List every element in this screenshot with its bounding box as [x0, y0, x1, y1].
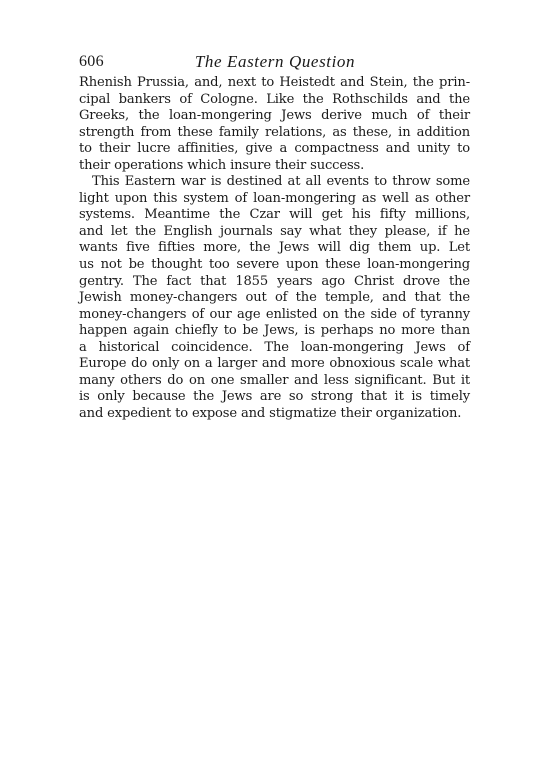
- page-number: 606: [79, 52, 104, 72]
- running-head: 606 The Eastern Question: [79, 52, 470, 72]
- text-line: is only because the Jews are so strong t…: [79, 389, 470, 406]
- text-line: a historical coincidence. The loan-monge…: [79, 340, 470, 357]
- text-line: money-changers of our age enlisted on th…: [79, 307, 470, 324]
- text-line: many others do on one smaller and less s…: [79, 373, 470, 390]
- text-line: Jewish money-changers out of the temple,…: [79, 290, 470, 307]
- paragraph-1: Rhenish Prussia, and, next to Heistedt a…: [79, 75, 470, 174]
- text-line: Greeks, the loan-mongering Jews derive m…: [79, 108, 470, 125]
- running-title: The Eastern Question: [145, 52, 405, 72]
- text-line: cipal bankers of Cologne. Like the Roths…: [79, 92, 470, 109]
- text-line: to their lucre affinities, give a compac…: [79, 141, 470, 158]
- text-line: systems. Meantime the Czar will get his …: [79, 207, 470, 224]
- text-line: gentry. The fact that 1855 years ago Chr…: [79, 274, 470, 291]
- text-line: Rhenish Prussia, and, next to Heistedt a…: [79, 75, 470, 92]
- body-text: Rhenish Prussia, and, next to Heistedt a…: [79, 75, 470, 422]
- text-line: wants five fifties more, the Jews will d…: [79, 240, 470, 257]
- text-line: and expedient to expose and stigmatize t…: [79, 406, 470, 423]
- text-line: This Eastern war is destined at all even…: [79, 174, 470, 191]
- text-line: strength from these family relations, as…: [79, 125, 470, 142]
- paragraph-2: This Eastern war is destined at all even…: [79, 174, 470, 422]
- text-line: happen again chiefly to be Jews, is perh…: [79, 323, 470, 340]
- text-line: us not be thought too severe upon these …: [79, 257, 470, 274]
- text-line: Europe do only on a larger and more obno…: [79, 356, 470, 373]
- text-line: light upon this system of loan-mongering…: [79, 191, 470, 208]
- text-line: and let the English journals say what th…: [79, 224, 470, 241]
- text-line: their operations which insure their succ…: [79, 158, 470, 175]
- book-page: 606 The Eastern Question Rhenish Prussia…: [0, 0, 541, 759]
